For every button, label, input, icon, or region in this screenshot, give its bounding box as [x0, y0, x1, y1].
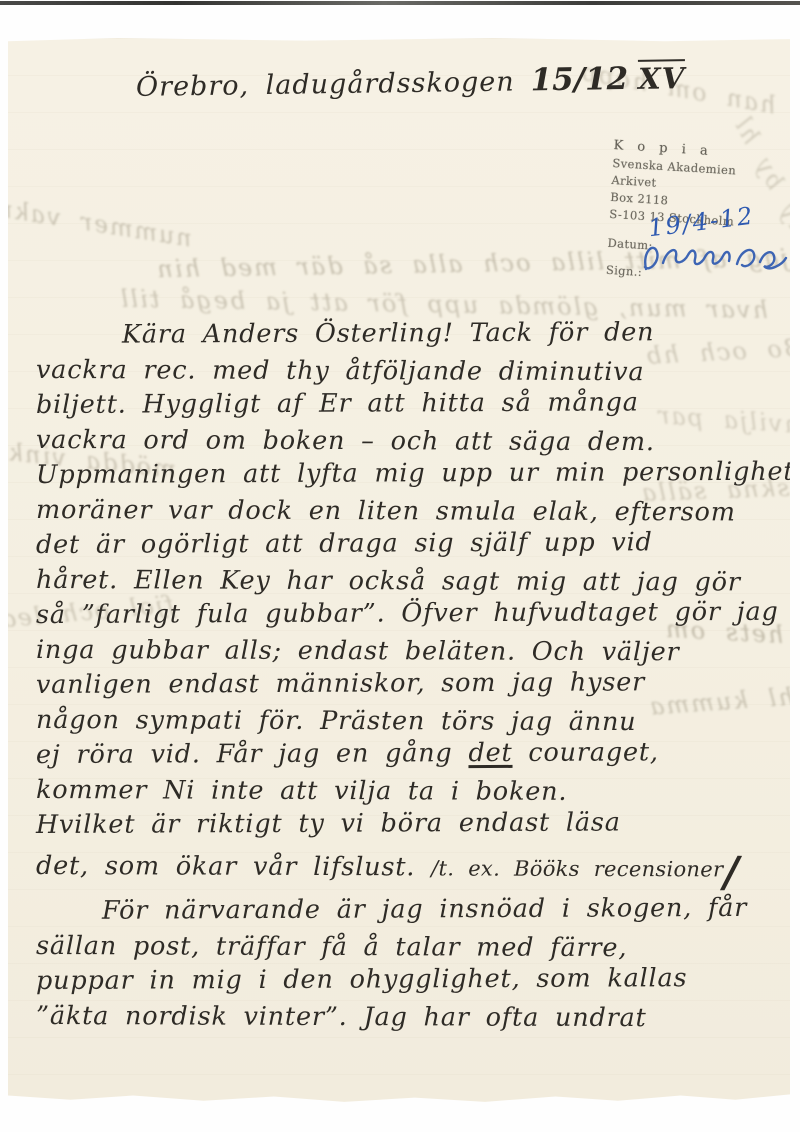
handwritten-line: vanligen endast människor, som jag hyser — [36, 667, 760, 705]
dateline-date: 15/12 — [530, 61, 628, 98]
handwritten-line: För närvarande är jag insnöad i skogen, … — [36, 893, 760, 931]
scanner-edge-artifact — [0, 1, 800, 5]
dateline-place: Örebro, ladugårdsskogen — [136, 67, 515, 103]
letter-sheet: jag af mitt lilla och alla så där med hi… — [8, 38, 790, 1104]
handwritten-line: Hvilket är riktigt ty vi böra endast läs… — [36, 807, 760, 845]
handwritten-line: så ”farligt fula gubbar”. Öfver hufvudta… — [36, 597, 760, 635]
letter-paragraph-2: För närvarande är jag insnöad i skogen, … — [36, 896, 760, 1036]
handwritten-line: ej röra vid. Får jag en gång det courage… — [36, 737, 760, 775]
archivist-signature — [636, 236, 792, 280]
handwritten-line: det, som ökar vår lifslust. /t. ex. Böök… — [36, 845, 760, 883]
letter-paragraph-1: Kära Anders Österling! Tack för den vack… — [36, 320, 760, 880]
dateline-year-roman: XV — [638, 61, 685, 96]
line-text: det, som ökar vår lifslust. — [36, 851, 431, 882]
handwritten-line: puppar in mig i den ohygglighet, som kal… — [36, 963, 760, 1001]
handwritten-line: ”äkta nordisk vinter”. Jag har ofta undr… — [36, 1001, 760, 1039]
line-text: couraget, — [512, 737, 658, 768]
handwritten-line: Kära Anders Österling! Tack för den — [36, 317, 760, 355]
line-text: ej röra vid. Får jag en gång — [36, 738, 469, 770]
underlined-word: det — [468, 738, 512, 768]
handwritten-line: det är ogörligt att draga sig själf upp … — [36, 527, 760, 565]
handwritten-line: Uppmaningen att lyfta mig upp ur min per… — [36, 457, 760, 495]
margin-note: /t. ex. Bööks recensioner — [431, 856, 723, 881]
handwritten-line: biljett. Hyggligt af Er att hitta så mån… — [36, 387, 760, 425]
dateline: Örebro, ladugårdsskogen15/12XV — [136, 60, 686, 104]
closing-slash: / — [723, 847, 739, 896]
show-through-text: nummer vakna — [0, 191, 194, 252]
